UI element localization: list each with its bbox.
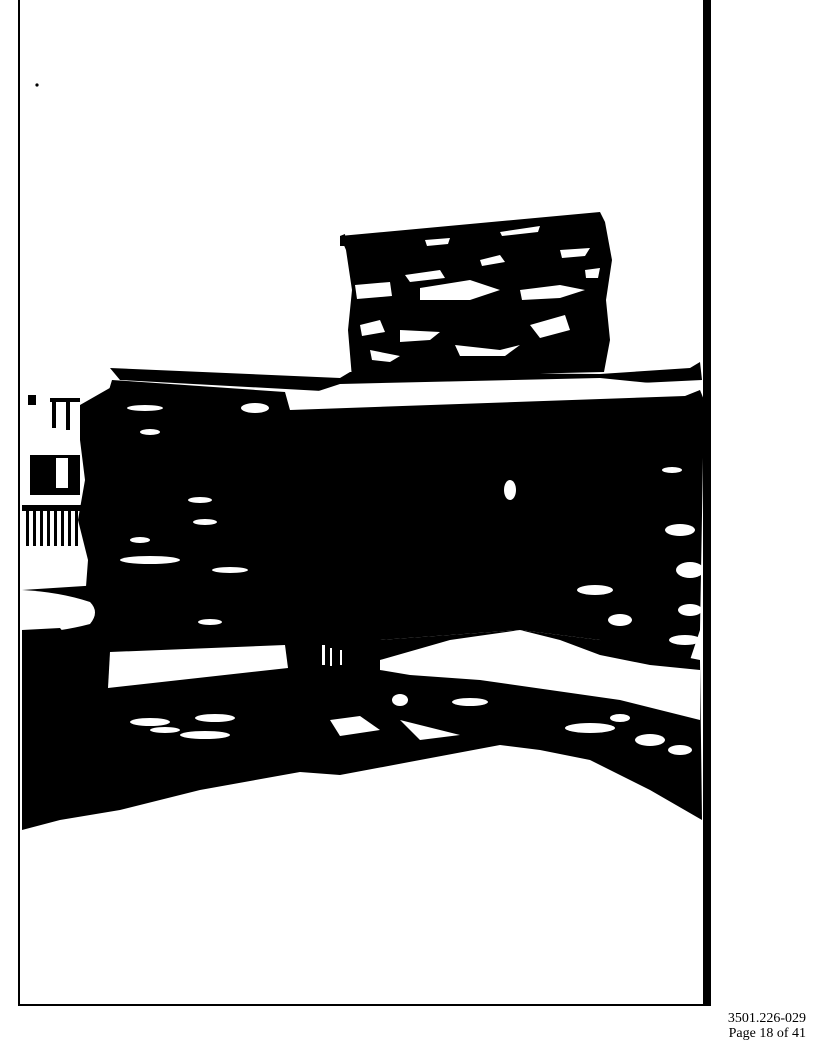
photo-border-bottom — [20, 1004, 710, 1006]
photo-border-left — [18, 0, 20, 1006]
page-number: Page 18 of 41 — [728, 1026, 806, 1041]
document-page: 3501.226-029 Page 18 of 41 — [0, 0, 816, 1056]
background-building — [22, 395, 82, 546]
photo-border-right — [703, 0, 711, 1006]
photograph — [0, 0, 816, 1056]
hearth — [22, 630, 702, 830]
document-footer: 3501.226-029 Page 18 of 41 — [728, 1011, 806, 1041]
document-id: 3501.226-029 — [728, 1011, 806, 1026]
